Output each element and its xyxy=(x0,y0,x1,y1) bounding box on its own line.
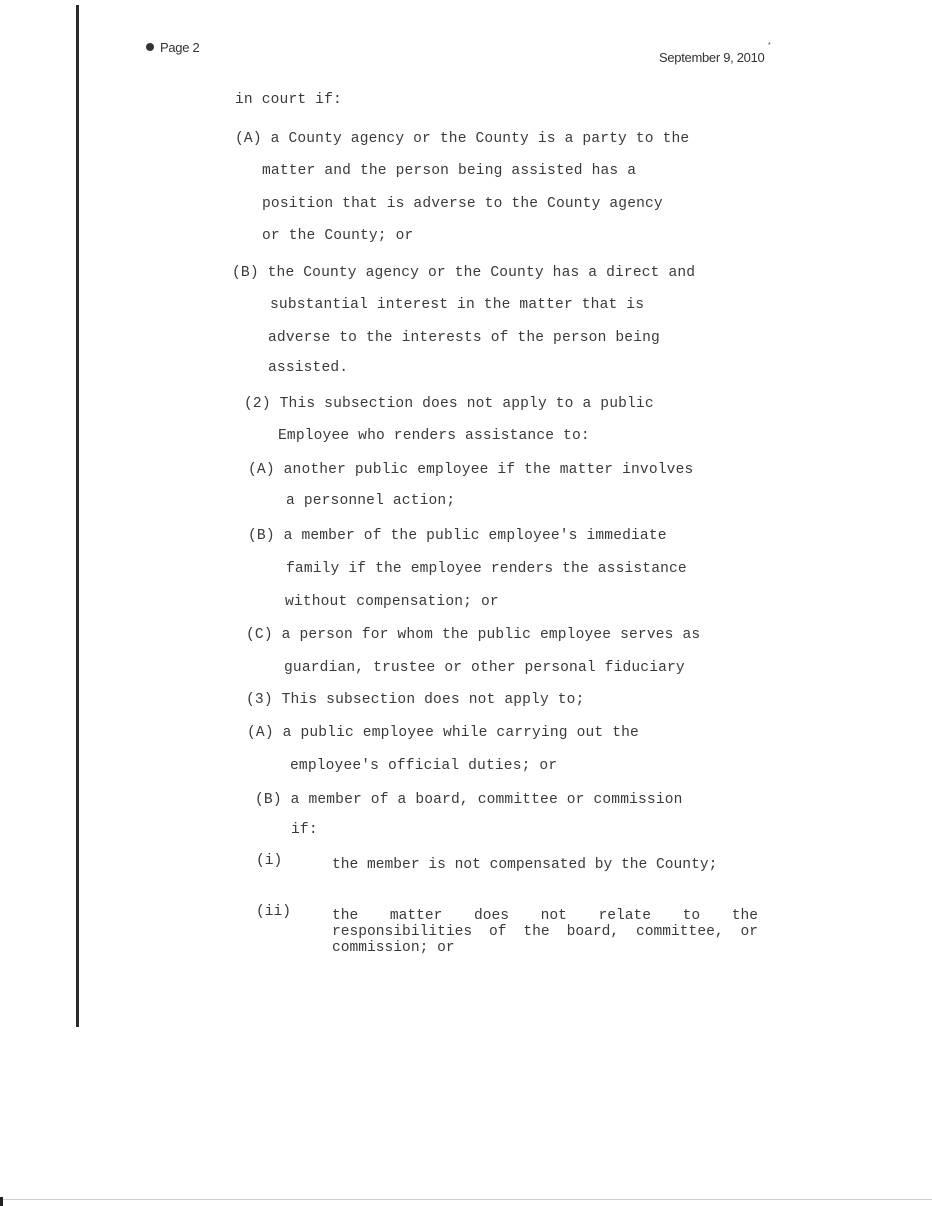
text-line: family if the employee renders the assis… xyxy=(286,561,687,577)
text-line: (A) another public employee if the matte… xyxy=(248,462,693,478)
text-line: (2) This subsection does not apply to a … xyxy=(244,396,654,412)
text-line: a personnel action; xyxy=(286,493,455,509)
subitem-text: the matter does not relate to the respon… xyxy=(332,908,758,956)
text-line: (B) a member of a board, committee or co… xyxy=(255,792,683,808)
text-line: (B) the County agency or the County has … xyxy=(232,265,695,281)
text-line: position that is adverse to the County a… xyxy=(262,196,663,212)
text-line: (B) a member of the public employee's im… xyxy=(248,528,667,544)
text-line: (A) a County agency or the County is a p… xyxy=(235,131,689,147)
subitem-label: (ii) xyxy=(256,904,291,920)
scan-mark xyxy=(0,1197,3,1206)
text-line: assisted. xyxy=(268,360,348,376)
date-text: September 9, 2010 xyxy=(659,50,764,65)
page-bottom-edge xyxy=(0,1199,932,1200)
text-line: (C) a person for whom the public employe… xyxy=(246,627,700,643)
text-line: guardian, trustee or other personal fidu… xyxy=(284,660,685,676)
text-line: (3) This subsection does not apply to; xyxy=(246,692,585,708)
text-line: adverse to the interests of the person b… xyxy=(268,330,660,346)
text-line: without compensation; or xyxy=(285,594,499,610)
text-line: in court if: xyxy=(235,92,342,108)
subitem-text: the member is not compensated by the Cou… xyxy=(332,857,758,873)
date-header: September 9, 2010 * xyxy=(659,50,764,65)
text-line: or the County; or xyxy=(262,228,413,244)
text-line: (A) a public employee while carrying out… xyxy=(247,725,639,741)
text-line: employee's official duties; or xyxy=(290,758,557,774)
date-mark: * xyxy=(768,42,770,49)
page-number-header: Page 2 xyxy=(146,40,199,55)
bullet-icon xyxy=(146,43,154,51)
text-line: matter and the person being assisted has… xyxy=(262,163,636,179)
text-line: if: xyxy=(291,822,318,838)
text-line: Employee who renders assistance to: xyxy=(278,428,590,444)
text-line: substantial interest in the matter that … xyxy=(270,297,644,313)
subitem-label: (i) xyxy=(256,853,282,869)
margin-rule xyxy=(76,5,79,1027)
page-label: Page 2 xyxy=(160,40,199,55)
